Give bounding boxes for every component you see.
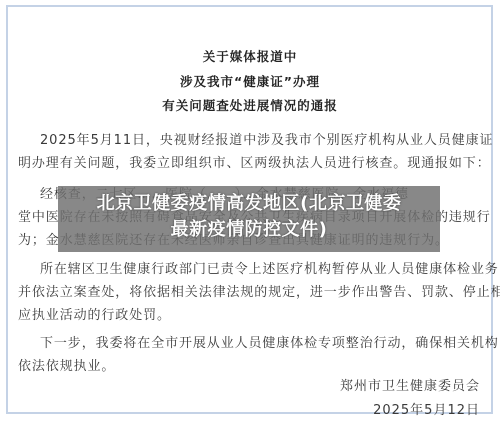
signature: 郑州市卫生健康委员会 <box>340 375 480 394</box>
paragraph-3: 所在辖区卫生健康行政部门已责令上述医疗机构暂停从业人员健康体检业务 并依法立案查… <box>18 258 483 327</box>
paragraph-1-line-1: 2025年5月11日，央视财经报道中涉及我市个别医疗机构从业人员健康证 <box>18 129 483 152</box>
paragraph-3-line-2: 并依法立案查处，将依据相关法律法规的规定，进一步作出警告、罚款、停止相 <box>18 281 483 304</box>
notice-title-line-1: 关于媒体报道中 <box>0 47 500 65</box>
paragraph-1-line-2: 明办理有关问题，我委立即组织市、区两级执法人员进行核查。现通报如下： <box>18 152 483 175</box>
paragraph-4-line-1: 下一步，我委将在全市开展从业人员健康体检专项整治行动，确保相关机构 <box>18 332 483 355</box>
notice-title-line-2: 涉及我市“健康证”办理 <box>0 72 500 90</box>
issue-date: 2025年5月12日 <box>373 399 480 418</box>
paragraph-3-line-3: 应执业活动的行政处罚。 <box>18 304 483 327</box>
paragraph-3-line-1: 所在辖区卫生健康行政部门已责令上述医疗机构暂停从业人员健康体检业务 <box>18 258 483 281</box>
headline-line-1: 北京卫健委疫情高发地区(北京卫健委 <box>58 192 440 216</box>
notice-title-line-3: 有关问题查处进展情况的通报 <box>0 96 500 114</box>
headline-line-2: 最新疫情防控文件) <box>58 218 440 242</box>
paragraph-1: 2025年5月11日，央视财经报道中涉及我市个别医疗机构从业人员健康证 明办理有… <box>18 129 483 175</box>
paragraph-4: 下一步，我委将在全市开展从业人员健康体检专项整治行动，确保相关机构 依法依规执业… <box>18 332 483 378</box>
